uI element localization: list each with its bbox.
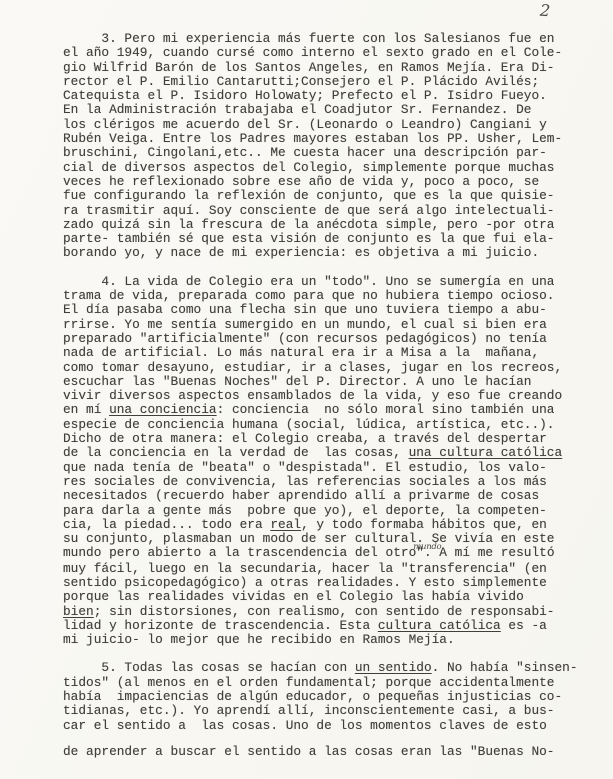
text-line: escuchar las "Buenas Noches" del P. Dire…: [63, 375, 583, 389]
text-line: bruschini, Cingolani,etc.. Me cuesta hac…: [63, 146, 583, 160]
text-line: como tomar desayuno, estudiar, ir a clas…: [63, 361, 583, 375]
text-line: 4. La vida de Colegio era un "todo". Uno…: [63, 275, 583, 289]
text-line: los clérigos me acuerdo del Sr. (Leonard…: [63, 118, 583, 132]
text-line: para darla a gente más pobre que yo), el…: [63, 504, 583, 518]
text-line: trama de vida, preparada como para que n…: [63, 289, 583, 303]
text-line: parte- también sé que esta visión de con…: [63, 232, 583, 246]
paragraph-5-continuation: de aprender a buscar el sentido a las co…: [63, 745, 583, 759]
text-line: su conjunto, plasmaban un modo de ser cu…: [63, 532, 583, 546]
document-page: 2 3. Pero mi experiencia más fuerte con …: [0, 0, 613, 779]
text-line: preparado "artificialmente" (con recurso…: [63, 332, 583, 346]
text-line: de aprender a buscar el sentido a las co…: [63, 745, 583, 759]
text-line: res sociales de convivencia, las referen…: [63, 475, 583, 489]
text-line: muy fácil, luego en la secundaria, hacer…: [63, 562, 583, 576]
text-line: que nada tenía de "beata" o "despistada"…: [63, 461, 583, 475]
text-line: Dicho de otra manera: el Colegio creaba,…: [63, 432, 583, 446]
text-line: tidianas, etc.). Yo aprendí allí, incons…: [63, 704, 583, 718]
text-line: rrirse. Yo me sentía sumergido en un mun…: [63, 318, 583, 332]
text-line: 5. Todas las cosas se hacían con un sent…: [63, 661, 583, 675]
text-line: nada de artificial. Lo más natural era i…: [63, 346, 583, 360]
paragraph-3: 3. Pero mi experiencia más fuerte con lo…: [63, 32, 583, 261]
text-line: car el sentido a las cosas. Uno de los m…: [63, 719, 583, 733]
text-line: vivir diversos aspectos ensamblados de l…: [63, 389, 583, 403]
text-line: mi juicio- lo mejor que he recibido en R…: [63, 633, 583, 647]
text-line: cia, la piedad... todo era real, y todo …: [63, 518, 583, 532]
text-line: rector el P. Emilio Cantarutti;Consejero…: [63, 75, 583, 89]
text-line: porque las realidades vividas en el Cole…: [63, 590, 583, 604]
text-line: mundo pero abierto a la trascendencia de…: [63, 546, 583, 561]
text-line: ra trasmitir aquí. Soy consciente de que…: [63, 204, 583, 218]
text-line: el año 1949, cuando cursé como interno e…: [63, 46, 583, 60]
text-line: En la Administración trabajaba el Coadju…: [63, 103, 583, 117]
text-line: zado quizá sin la frescura de la anécdot…: [63, 218, 583, 232]
text-line: de la conciencia en la verdad de las cos…: [63, 446, 583, 460]
text-line: borando yo, y nace de mi experiencia: es…: [63, 246, 583, 260]
text-line: Rubén Veiga. Entre los Padres mayores es…: [63, 132, 583, 146]
text-line: gio Wilfrid Barón de los Santos Angeles,…: [63, 61, 583, 75]
text-block: 3. Pero mi experiencia más fuerte con lo…: [63, 32, 583, 759]
underlined-text: una conciencia: [109, 402, 217, 417]
underlined-text: cultura católica: [378, 618, 501, 633]
text-line: El día pasaba como una flecha sin que un…: [63, 303, 583, 317]
underlined-text: una cultura católica: [409, 445, 563, 460]
text-line: había impaciencias de algún educador, o …: [63, 690, 583, 704]
text-line: 3. Pero mi experiencia más fuerte con lo…: [63, 32, 583, 46]
paragraph-4: 4. La vida de Colegio era un "todo". Uno…: [63, 275, 583, 648]
underlined-text: bien: [63, 604, 94, 619]
text-line: bien; sin distorsiones, con realismo, co…: [63, 605, 583, 619]
text-line: fue configurando la reflexión de conjunt…: [63, 189, 583, 203]
underlined-text: real: [270, 517, 301, 532]
text-line: veces he reflexionado sobre ese año de v…: [63, 175, 583, 189]
underlined-text: un sentido: [355, 660, 432, 675]
text-line: en mí una conciencia: conciencia no sólo…: [63, 403, 583, 417]
paragraph-5: 5. Todas las cosas se hacían con un sent…: [63, 661, 583, 732]
handwritten-page-number: 2: [539, 1, 550, 21]
text-line: necesitados (recuerdo haber aprendido al…: [63, 489, 583, 503]
text-line: tidos" (al menos en el orden fundamental…: [63, 676, 583, 690]
text-line: sentido psicopedagógico) a otras realida…: [63, 576, 583, 590]
text-line: lidad y horizonte de trascendencia. Esta…: [63, 619, 583, 633]
text-line: Catequista el P. Isidoro Holowaty; Prefe…: [63, 89, 583, 103]
text-line: especie de conciencia humana (social, lú…: [63, 418, 583, 432]
text-line: cial de diversos aspectos del Colegio, s…: [63, 161, 583, 175]
